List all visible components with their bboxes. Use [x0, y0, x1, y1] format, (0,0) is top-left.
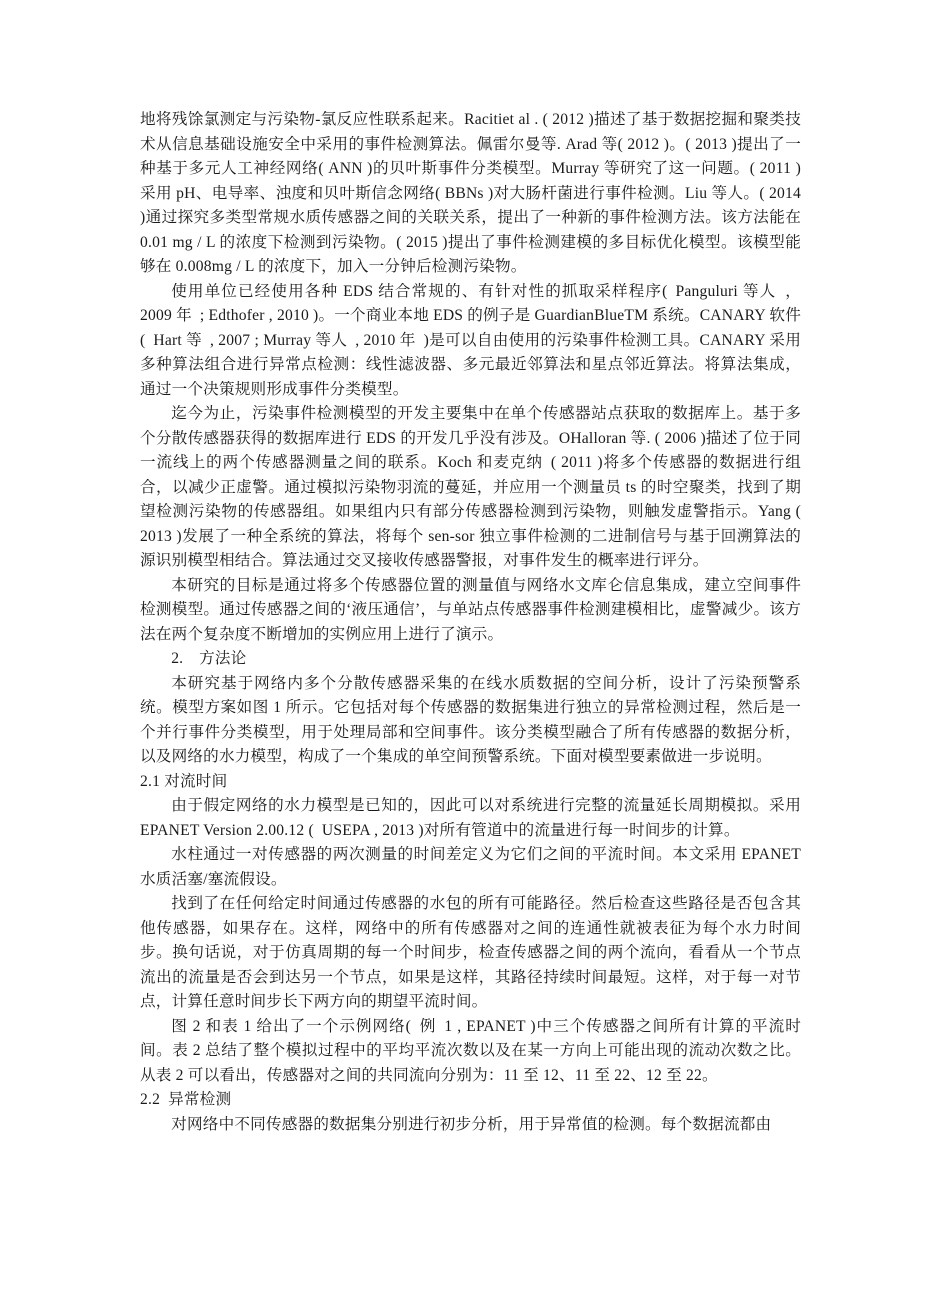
document-text-block: 地将残馀氯测定与污染物-氯反应性联系起来。Racitiet al . ( 201… [140, 108, 801, 1137]
section-heading-anomaly-detection: 2.2 异常检测 [140, 1088, 801, 1113]
document-page: 地将残馀氯测定与污染物-氯反应性联系起来。Racitiet al . ( 201… [0, 0, 926, 1309]
paragraph-advection-definition: 水柱通过一对传感器的两次测量的时间差定义为它们之间的平流时间。本文采用 EPAN… [140, 843, 801, 892]
paragraph-eds-programs: 使用单位已经使用各种 EDS 结合常规的、有针对性的抓取采样程序( Pangul… [140, 280, 801, 403]
paragraph-system-overview: 本研究基于网络内多个分散传感器采集的在线水质数据的空间分析，设计了污染预警系统。… [140, 672, 801, 770]
paragraph-research-goal: 本研究的目标是通过将多个传感器位置的测量值与网络水文库仑信息集成，建立空间事件检… [140, 574, 801, 648]
paragraph-prior-research: 迄今为止，污染事件检测模型的开发主要集中在单个传感器站点获取的数据库上。基于多个… [140, 402, 801, 574]
section-heading-methodology: 2. 方法论 [140, 647, 801, 672]
paragraph-path-search: 找到了在任何给定时间通过传感器的水包的所有可能路径。然后检查这些路径是否包含其他… [140, 892, 801, 1015]
paragraph-anomaly-analysis: 对网络中不同传感器的数据集分别进行初步分析，用于异常值的检测。每个数据流都由 [140, 1113, 801, 1138]
section-heading-advection-time: 2.1 对流时间 [140, 770, 801, 795]
paragraph-hydraulic-model: 由于假定网络的水力模型是已知的，因此可以对系统进行完整的流量延长周期模拟。采用 … [140, 794, 801, 843]
paragraph-continued: 地将残馀氯测定与污染物-氯反应性联系起来。Racitiet al . ( 201… [140, 108, 801, 280]
paragraph-example-network: 图 2 和表 1 给出了一个示例网络( 例 1 , EPANET )中三个传感器… [140, 1015, 801, 1089]
